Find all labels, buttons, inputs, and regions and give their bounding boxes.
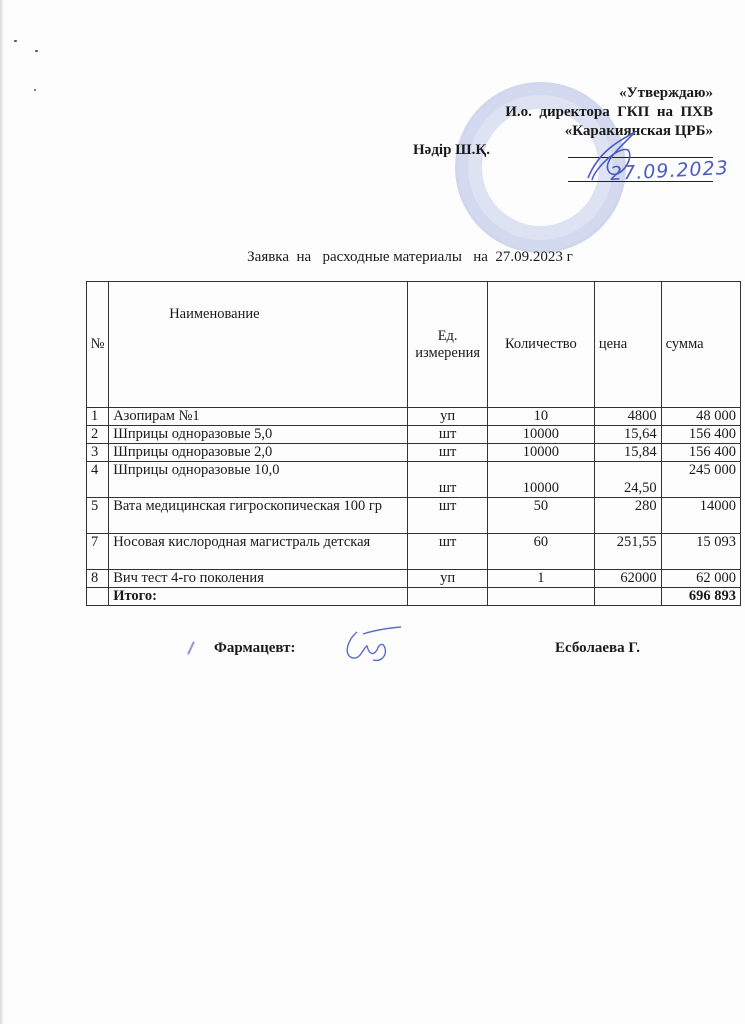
table-row: 7 Носовая кислородная магистраль детская…	[87, 534, 741, 570]
header-unit-line2: измерения	[412, 345, 483, 362]
approval-signer-name: Нәдір Ш.Қ.	[413, 142, 490, 158]
cell-qty-empty	[487, 588, 594, 606]
table-row: 8 Вич тест 4-го поколения уп 1 62000 62 …	[87, 570, 741, 588]
cell-sum: 156 400	[661, 426, 740, 444]
cell-name: Носовая кислородная магистраль детская	[109, 534, 408, 570]
cell-qty: 10000	[487, 426, 594, 444]
approval-heading: «Утверждаю»	[413, 84, 713, 103]
cell-price: 4800	[594, 408, 661, 426]
total-row: Итого: 696 893	[87, 588, 741, 606]
cell-num: 3	[87, 444, 109, 462]
cell-name: Шприцы одноразовые 10,0	[109, 462, 408, 498]
document-title: Заявка на расходные материалы на 27.09.2…	[0, 249, 745, 266]
cell-price: 280	[594, 498, 661, 534]
table-header-row: № Наименование Ед. измерения Количество …	[87, 282, 741, 408]
pharmacist-name: Есболаева Г.	[555, 640, 640, 657]
total-value: 696 893	[661, 588, 740, 606]
cell-unit: уп	[408, 570, 488, 588]
pharmacist-signature-icon	[343, 626, 403, 666]
cell-qty: 60	[487, 534, 594, 570]
cell-sum: 245 000	[661, 462, 740, 498]
cell-price: 251,55	[594, 534, 661, 570]
table-row: 1 Азопирам №1 уп 10 4800 48 000	[87, 408, 741, 426]
cell-num: 4	[87, 462, 109, 498]
header-unit: Ед. измерения	[408, 282, 488, 408]
pharmacist-role: Фармацевт:	[214, 640, 296, 657]
cell-name: Азопирам №1	[109, 408, 408, 426]
cell-num: 5	[87, 498, 109, 534]
scan-speck	[35, 50, 38, 52]
scan-speck	[34, 89, 36, 91]
scan-edge	[0, 0, 4, 1024]
header-num: №	[87, 282, 109, 408]
cell-name: Шприцы одноразовые 5,0	[109, 426, 408, 444]
cell-price: 15,64	[594, 426, 661, 444]
approval-block: «Утверждаю» И.о. директора ГКП на ПХВ «К…	[413, 84, 713, 160]
cell-num: 2	[87, 426, 109, 444]
header-sum: сумма	[661, 282, 740, 408]
cell-price: 62000	[594, 570, 661, 588]
header-qty: Количество	[487, 282, 594, 408]
cell-num: 8	[87, 570, 109, 588]
cell-qty: 1	[487, 570, 594, 588]
table-row: 5 Вата медицинская гигроскопическая 100 …	[87, 498, 741, 534]
cell-qty: 50	[487, 498, 594, 534]
total-label: Итого:	[109, 588, 408, 606]
cell-unit: шт	[408, 498, 488, 534]
cell-qty: 10	[487, 408, 594, 426]
header-name: Наименование	[109, 282, 408, 408]
cell-sum: 15 093	[661, 534, 740, 570]
cell-price: 24,50	[594, 462, 661, 498]
pen-mark	[187, 641, 195, 655]
cell-sum: 14000	[661, 498, 740, 534]
cell-unit: шт	[408, 444, 488, 462]
cell-name: Вич тест 4-го поколения	[109, 570, 408, 588]
table-row: 4 Шприцы одноразовые 10,0 шт 10000 24,50…	[87, 462, 741, 498]
cell-sum: 48 000	[661, 408, 740, 426]
cell-qty: 10000	[487, 462, 594, 498]
cell-price-empty	[594, 588, 661, 606]
cell-num-empty	[87, 588, 109, 606]
cell-unit: шт	[408, 534, 488, 570]
table-row: 3 Шприцы одноразовые 2,0 шт 10000 15,84 …	[87, 444, 741, 462]
cell-unit-empty	[408, 588, 488, 606]
cell-num: 1	[87, 408, 109, 426]
items-table: № Наименование Ед. измерения Количество …	[86, 281, 741, 606]
cell-price: 15,84	[594, 444, 661, 462]
cell-qty: 10000	[487, 444, 594, 462]
cell-name: Шприцы одноразовые 2,0	[109, 444, 408, 462]
cell-sum: 62 000	[661, 570, 740, 588]
cell-unit: шт	[408, 426, 488, 444]
cell-name: Вата медицинская гигроскопическая 100 гр	[109, 498, 408, 534]
approval-position: И.о. директора ГКП на ПХВ	[413, 103, 713, 122]
table-row: 2 Шприцы одноразовые 5,0 шт 10000 15,64 …	[87, 426, 741, 444]
scan-speck	[14, 40, 17, 42]
cell-unit: уп	[408, 408, 488, 426]
cell-num: 7	[87, 534, 109, 570]
cell-unit: шт	[408, 462, 488, 498]
approval-organization: «Каракиянская ЦРБ»	[413, 122, 713, 141]
header-unit-line1: Ед.	[412, 328, 483, 345]
cell-sum: 156 400	[661, 444, 740, 462]
header-price: цена	[594, 282, 661, 408]
